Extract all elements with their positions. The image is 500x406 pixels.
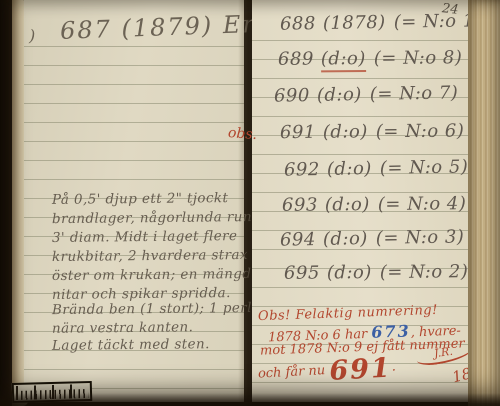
catalog-entry: 691(d:o)(= N:o 6)= 673: [280, 120, 500, 143]
catalog-entry: 689(d:o)(= N:o 8): [278, 47, 463, 70]
entry-equivalence: (= N:o 5): [380, 156, 469, 179]
entry-number: 688: [280, 13, 316, 35]
note-big-number: 691: [329, 353, 393, 387]
margin-mark: ): [29, 26, 35, 45]
handwritten-line: brandlager, någorlunda rundt: [52, 209, 267, 227]
right-page: 24 688(1878)(= N:o 1) 689(d:o)(= N:o 8) …: [252, 0, 470, 402]
entry-ditto: (d:o): [317, 84, 362, 106]
entry-equivalence: (= N:o 7): [370, 82, 459, 105]
entry-equivalence: (= N:o 2): [380, 261, 469, 283]
catalog-entry: 693(d:o)(= N:o 4): [282, 193, 467, 216]
entry-ditto: (d:o): [323, 228, 368, 250]
entry-number: 693: [282, 194, 318, 215]
entry-number: 691: [280, 122, 316, 143]
entry-ditto: (d:o): [327, 158, 372, 180]
entry-equivalence: (= N:o 6): [376, 120, 465, 142]
handwritten-line: nära vestra kanten.: [52, 319, 193, 336]
entry-equivalence: (= N:o 3): [376, 226, 465, 249]
entry-ditto: (d:o): [321, 48, 366, 72]
entry-equivalence: (= N:o 4): [378, 193, 467, 215]
handwritten-line: öster om krukan; en mängd: [52, 266, 252, 284]
entry-number: 695: [284, 262, 320, 283]
left-page: 687 (1879) Eriksv:k ) På 0,5' djup ett 2…: [24, 0, 244, 402]
catalog-entry: 694(d:o)(= N:o 3): [280, 226, 465, 250]
notebook-photo: 687 (1879) Eriksv:k ) På 0,5' djup ett 2…: [0, 0, 500, 406]
note-text: .: [391, 359, 396, 374]
handwritten-line: krukbitar, 2 hvardera strax: [52, 247, 248, 265]
photo-bottom-shadow: [0, 393, 500, 406]
red-margin-mark: obs.: [227, 125, 257, 143]
handwritten-line: Brända ben (1 stort); 1 perla: [52, 300, 260, 318]
handwritten-line: 3' diam. Midt i laget flere: [52, 228, 238, 246]
entry-number: 690: [274, 85, 310, 107]
catalog-entry: 695(d:o)(= N:o 2): [284, 261, 469, 284]
catalog-entry: 692(d:o)(= N:o 5): [284, 156, 469, 180]
note-text: och får nu: [258, 363, 330, 382]
entry-number: 692: [284, 159, 320, 181]
catalog-entry: 690(d:o)(= N:o 7): [274, 82, 459, 106]
entry-equivalence: (= N:o 8): [374, 47, 463, 69]
entry-year: (1878): [323, 12, 386, 34]
entry-number: 694: [280, 229, 316, 251]
handwritten-line: På 0,5' djup ett 2" tjockt: [52, 190, 228, 208]
entry-number: 689: [278, 48, 314, 69]
page-edge-stack: [468, 0, 500, 406]
entry-ditto: (d:o): [323, 121, 368, 142]
entry-ditto: (d:o): [327, 262, 372, 283]
signature: J.R.: [433, 345, 453, 360]
catalog-entry: 688(1878)(= N:o 1): [280, 10, 483, 35]
handwritten-line: Laget täckt med sten.: [52, 336, 210, 354]
entry-ditto: (d:o): [325, 194, 370, 215]
